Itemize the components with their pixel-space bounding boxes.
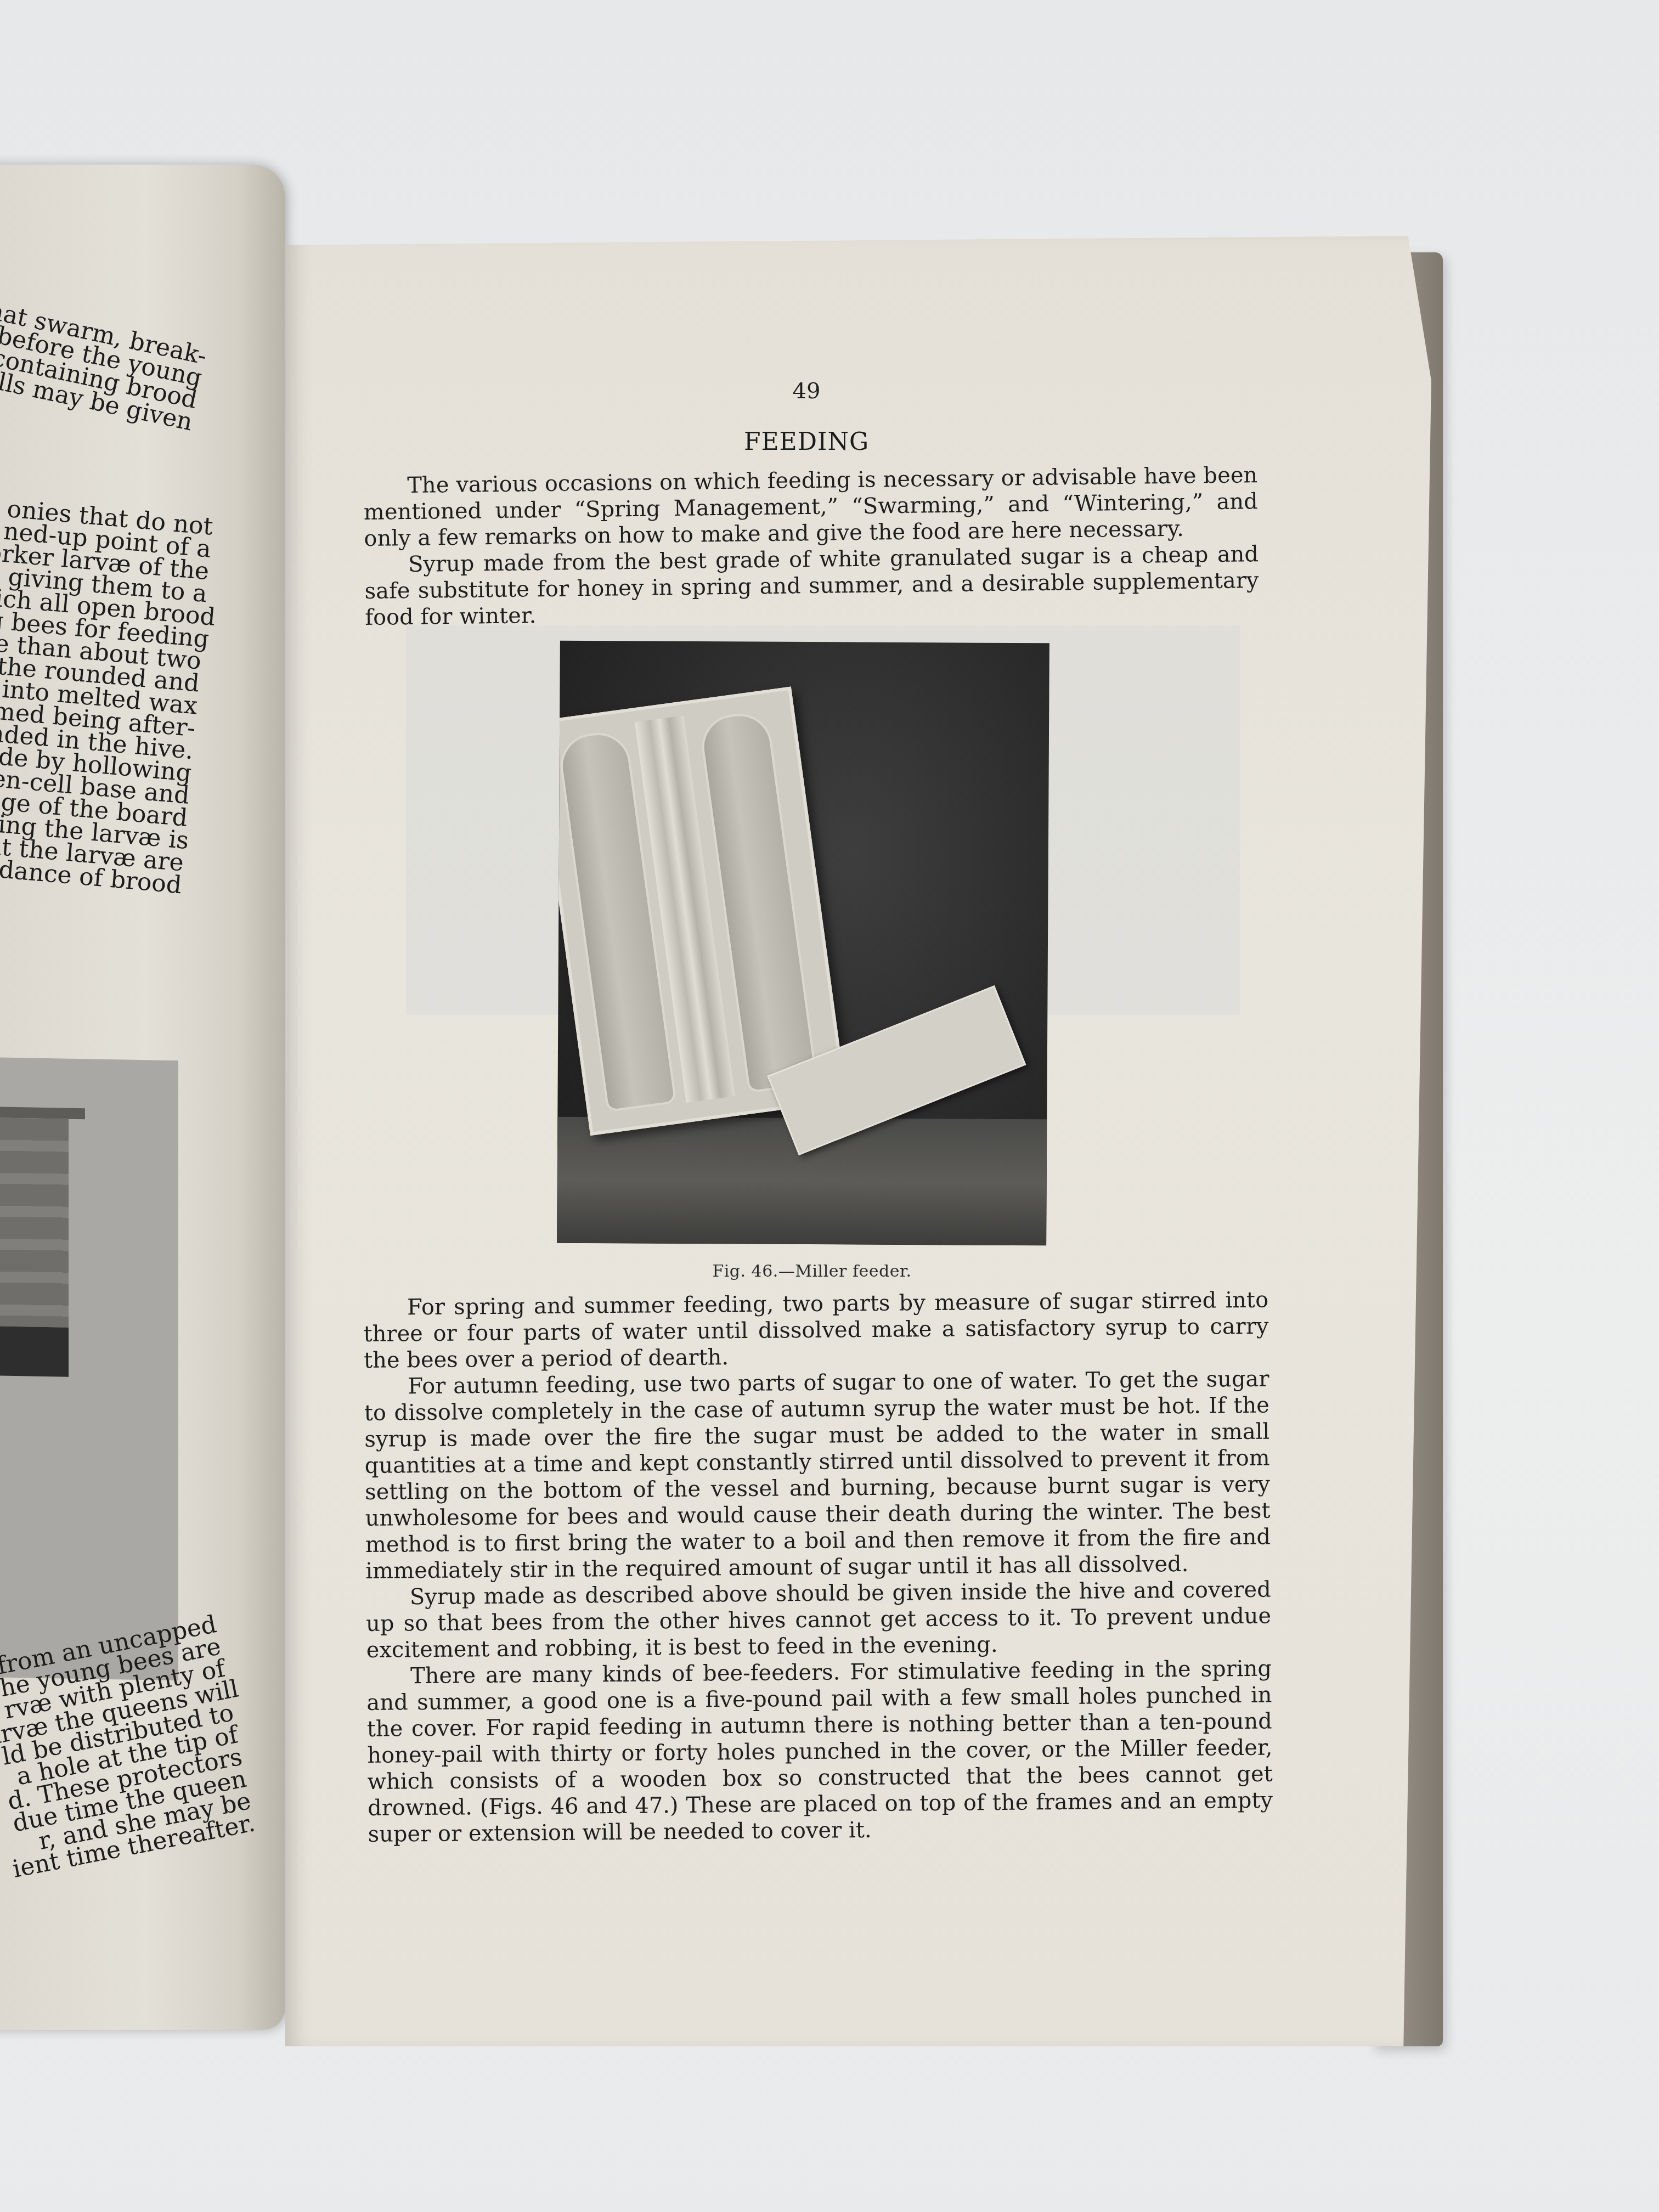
body-text: For spring and summer feeding, two parts…	[363, 1287, 1273, 1848]
hive-stand	[0, 1326, 69, 1377]
figure-caption: Fig. 46.—Miller feeder.	[697, 1262, 927, 1281]
left-text-fragment-middle: onies that do not ned-up point of a work…	[0, 494, 214, 897]
page-number: 49	[779, 379, 834, 404]
left-text-fragment-bottom: from an uncapped The young bees are rvæ …	[0, 1613, 257, 1881]
paragraph: Syrup made as described above should be …	[366, 1577, 1272, 1663]
hive-lid	[0, 1107, 85, 1119]
paragraph: Syrup made from the best grade of white …	[364, 541, 1260, 631]
paragraph: For spring and summer feeding, two parts…	[363, 1287, 1269, 1374]
chapter-title: FEEDING	[686, 428, 927, 456]
left-page-hive-photo	[0, 1057, 178, 1680]
photo-scene: that swarm, break- ly before the young b…	[0, 0, 1659, 2212]
paragraph: The various occasions on which feeding i…	[363, 462, 1259, 552]
intro-text: The various occasions on which feeding i…	[363, 462, 1259, 631]
paragraph: For autumn feeding, use two parts of sug…	[364, 1366, 1271, 1584]
left-text-fragment-top: that swarm, break- ly before the young b…	[0, 294, 208, 433]
miller-feeder-figure	[557, 641, 1049, 1246]
left-page: that swarm, break- ly before the young b…	[0, 165, 285, 2030]
hive-body	[0, 1118, 69, 1328]
paragraph: There are many kinds of bee-feeders. For…	[366, 1656, 1273, 1848]
